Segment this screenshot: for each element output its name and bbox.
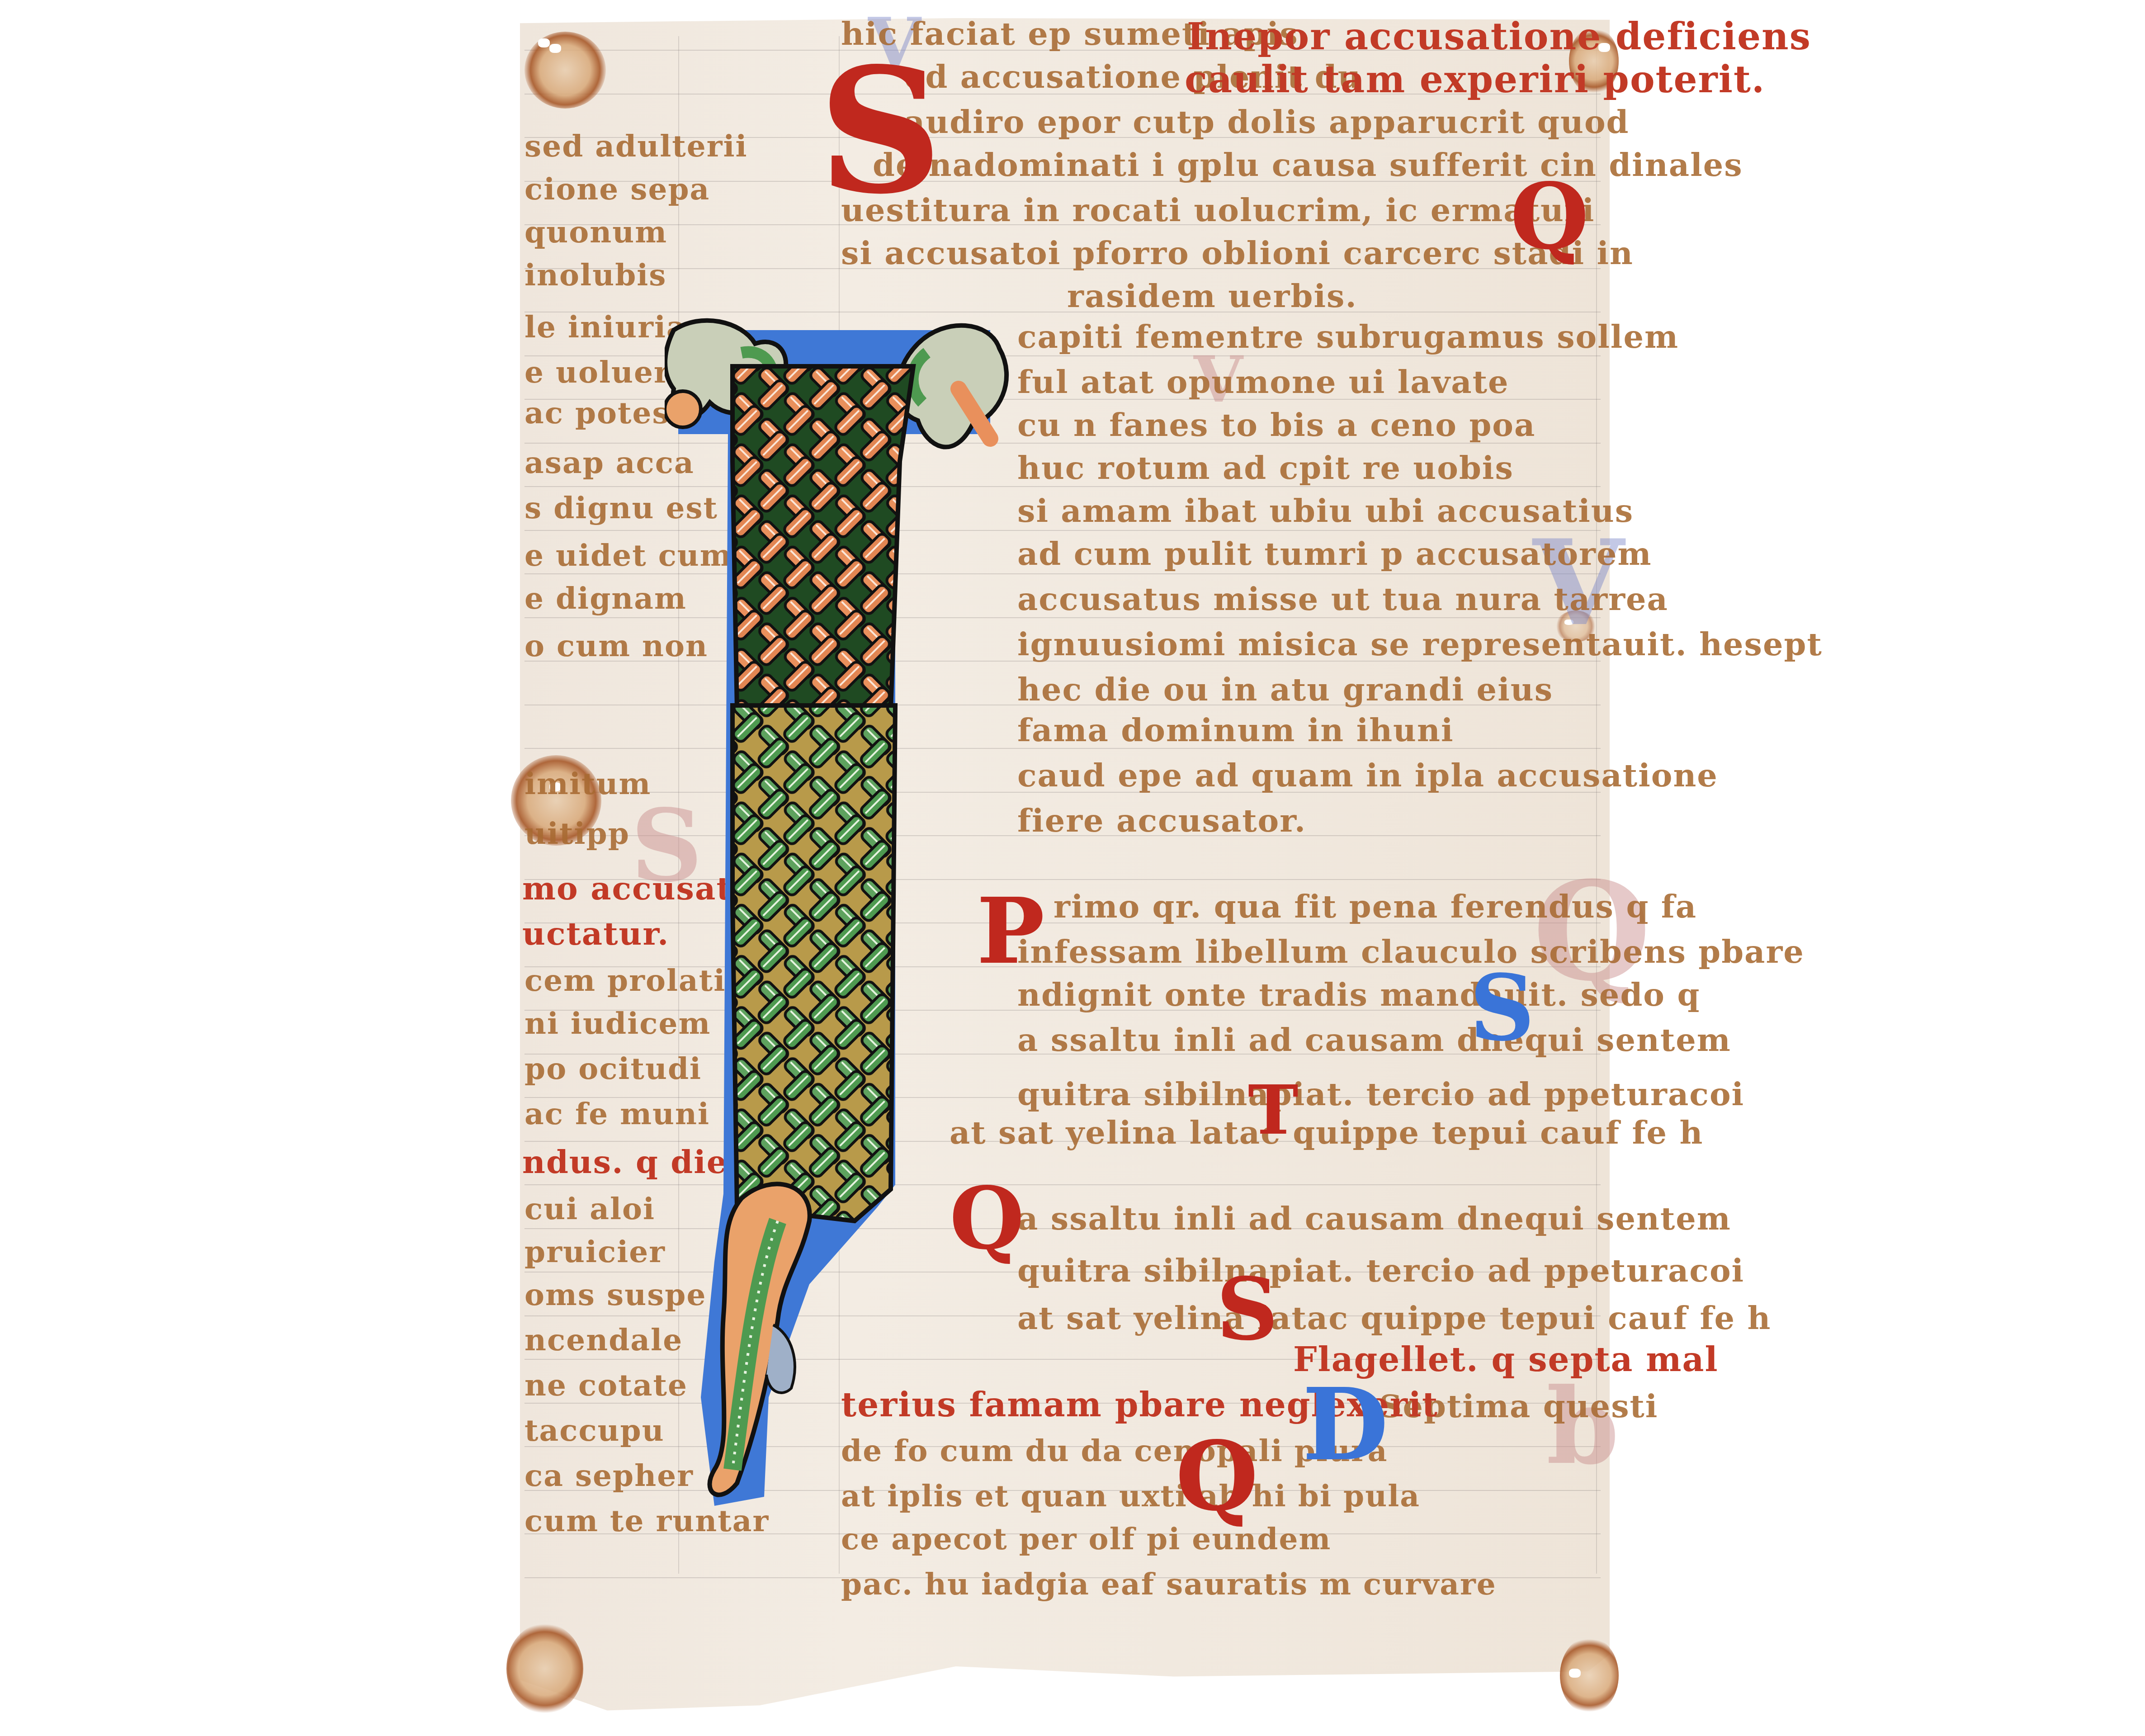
initial-q-red: Q bbox=[1510, 172, 1589, 262]
stain-bottom-right bbox=[1560, 1637, 1619, 1714]
knotwork-initial-icon bbox=[665, 312, 1017, 1510]
left-column-line: inolubis bbox=[524, 260, 667, 290]
main-column-line: ignuusiomi misica se representauit. hese… bbox=[1017, 629, 1823, 660]
main-column-line: at sat yelina latac quippe tepui cauf fe… bbox=[1017, 1302, 1771, 1334]
main-column-line: huc rotum ad cpit re uobis bbox=[1017, 452, 1514, 484]
left-column-line: imitum bbox=[524, 769, 651, 799]
initial-d-blue: D bbox=[1302, 1375, 1389, 1474]
main-column-line: at sat yelina latac quippe tepui cauf fe… bbox=[950, 1117, 1703, 1149]
left-column-line: pruicier bbox=[524, 1237, 666, 1267]
main-column-line: de nadominati i gplu causa sufferit cin … bbox=[873, 149, 1743, 181]
main-column-line: audiro epor cutp dolis apparucrit quod bbox=[904, 106, 1630, 138]
initial-s-red-2: S bbox=[1216, 1266, 1278, 1352]
left-column-line: sed adulterii bbox=[524, 131, 748, 161]
left-column-line: ncendale bbox=[524, 1325, 683, 1355]
rubric-top-2: caulit tam experiri poterit. bbox=[1185, 61, 1765, 98]
main-column-line: quitra sibilnapiat. tercio ad ppeturacoi bbox=[1017, 1255, 1744, 1287]
main-column-line: pac. hu iadgia eaf sauratis m curvare bbox=[841, 1569, 1497, 1599]
left-column-line: taccupu bbox=[524, 1415, 665, 1445]
main-column-line: fama dominum in ihuni bbox=[1017, 714, 1454, 746]
main-column-line: ad cum pulit tumri p accusatorem bbox=[1017, 538, 1652, 570]
main-column-line: infessam libellum clauculo scribens pbar… bbox=[1017, 936, 1805, 968]
rubric-left-2: uctatur. bbox=[522, 918, 669, 950]
main-column-line: ful atat opumone ui lavate bbox=[1017, 366, 1509, 398]
left-column-line: quonum bbox=[524, 217, 667, 247]
main-column-line: rasidem uerbis. bbox=[1067, 280, 1357, 312]
stain-top-left bbox=[524, 32, 606, 109]
main-column-line: quitra sibilnapiat. tercio ad ppeturacoi bbox=[1017, 1078, 1744, 1110]
main-column-line: si amam ibat ubiu ubi accusatius bbox=[1017, 495, 1634, 527]
main-column-line: a ssaltu inli ad causam dnequi sentem bbox=[1017, 1203, 1731, 1235]
left-column-line: cui aloi bbox=[524, 1194, 655, 1224]
left-column-line: ne cotate bbox=[524, 1370, 688, 1400]
initial-s-red: S bbox=[818, 45, 942, 217]
hole-bottom-right bbox=[1569, 1669, 1581, 1678]
left-column-line: uitipp bbox=[524, 818, 630, 848]
hole-top-left bbox=[538, 38, 550, 47]
initial-t-red: T bbox=[1248, 1076, 1299, 1144]
main-column-line: hec die ou in atu grandi eius bbox=[1017, 674, 1553, 705]
main-column-line: capiti fementre subrugamus sollem bbox=[1017, 321, 1679, 353]
main-column-line: accusatus misse ut tua nura tarrea bbox=[1017, 583, 1668, 615]
main-column-line: caud epe ad quam in ipla accusatione bbox=[1017, 760, 1718, 791]
hole-top-left-2 bbox=[549, 44, 561, 53]
main-column-line: cu n fanes to bis a ceno poa bbox=[1017, 409, 1536, 441]
rubric-top-1: Inepor accusatione deficiens bbox=[1187, 18, 1811, 55]
left-column-line: cione sepa bbox=[524, 174, 710, 204]
stain-bottom-left bbox=[506, 1623, 583, 1714]
initial-q-red-3: Q bbox=[1176, 1429, 1258, 1524]
illuminated-initial-i bbox=[665, 312, 1017, 1510]
main-column-line: rimo qr. qua fit pena ferendus q fa bbox=[1054, 891, 1697, 922]
left-column-line: e dignam bbox=[524, 583, 687, 613]
main-column-line: uestitura in rocati uolucrim, ic ermatur… bbox=[841, 194, 1595, 226]
main-column-line: a ssaltu inli ad causam dnequi sentem bbox=[1017, 1024, 1731, 1056]
main-column-line: ndignit onte tradis mandauit. sedo q bbox=[1017, 979, 1700, 1011]
main-column-line: fiere accusator. bbox=[1017, 805, 1306, 837]
initial-s-blue: S bbox=[1469, 963, 1535, 1054]
